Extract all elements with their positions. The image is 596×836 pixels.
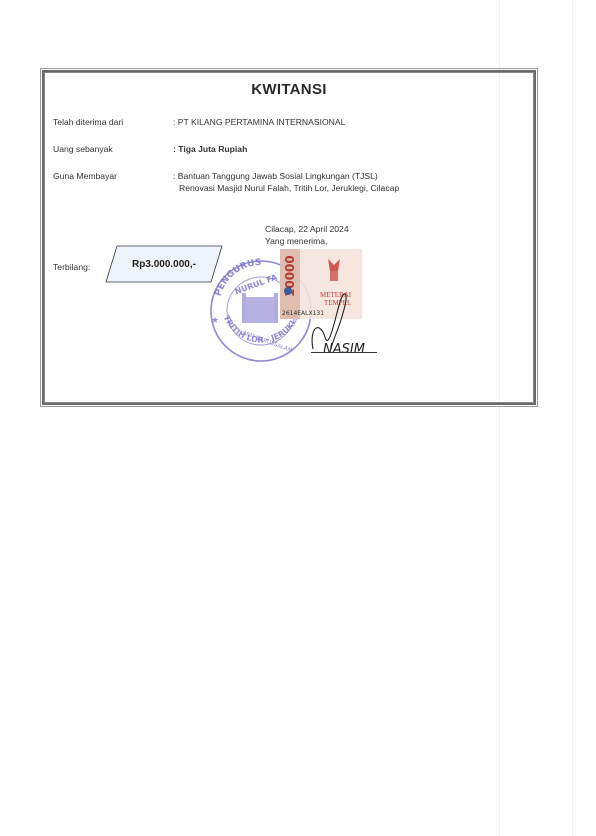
field-value: : PT KILANG PERTAMINA INTERNASIONAL <box>173 117 345 127</box>
stamp-signature-area: PENGURUS NURUL FA ARM DARUSSALAM TRITIH … <box>201 249 381 389</box>
field-value: : Bantuan Tanggung Jawab Sosial Lingkung… <box>173 171 399 193</box>
scan-artifact-line <box>572 0 573 836</box>
purpose-line-1: : Bantuan Tanggung Jawab Sosial Lingkung… <box>173 171 378 181</box>
receiver-label: Yang menerima, <box>265 235 349 247</box>
field-label: Guna Membayar <box>53 171 117 181</box>
signature-line <box>311 352 377 353</box>
signature-icon: NASIM <box>201 249 381 389</box>
signature-name: NASIM <box>323 342 365 357</box>
field-value: : Tiga Juta Rupiah <box>173 144 247 154</box>
field-label: Telah diterima dari <box>53 117 123 127</box>
purpose-line-2: Renovasi Masjid Nurul Falah, Tritih Lor,… <box>179 183 399 193</box>
receipt-title: KWITANSI <box>41 81 537 98</box>
place-date-block: Cilacap, 22 April 2024 Yang menerima, <box>265 223 349 247</box>
terbilang-label: Terbilang: <box>53 262 90 272</box>
receipt-frame: KWITANSI Telah diterima dari : PT KILANG… <box>40 68 538 407</box>
field-label: Uang sebanyak <box>53 144 113 154</box>
place-date: Cilacap, 22 April 2024 <box>265 223 349 235</box>
